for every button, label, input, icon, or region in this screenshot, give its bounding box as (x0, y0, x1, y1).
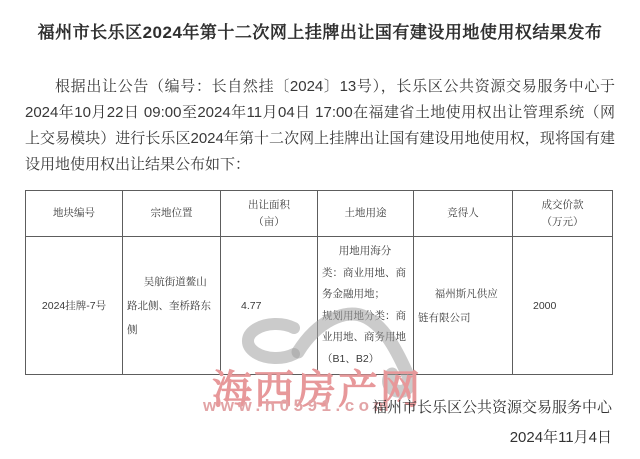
col-header-price: 成交价款 （万元） (513, 191, 613, 237)
signature-org: 福州市长乐区公共资源交易服务中心 (372, 396, 612, 417)
col-header-winner: 竞得人 (414, 191, 513, 237)
cell-price: 2000 (513, 237, 613, 375)
results-table: 地块编号 宗地位置 出让面积 （亩） 土地用途 竞得人 成交价款 （万元） 20… (25, 190, 613, 375)
col-header-location: 宗地位置 (123, 191, 221, 237)
col-header-price-line1: 成交价款 (513, 197, 612, 214)
cell-block-no: 2024挂牌-7号 (26, 237, 123, 375)
col-header-block-no: 地块编号 (26, 191, 123, 237)
col-header-area-line1: 出让面积 (221, 197, 317, 214)
page-title: 福州市长乐区2024年第十二次网上挂牌出让国有建设用地使用权结果发布 (0, 18, 640, 43)
cell-winner-text: 福州斯凡供应链有限公司 (418, 282, 508, 330)
cell-area: 4.77 (221, 237, 318, 375)
table-row: 2024挂牌-7号 吴航街道鳌山路北侧、奎桥路东侧 4.77 用地用海分类：商业… (26, 237, 613, 375)
col-header-area-line2: （亩） (221, 214, 317, 231)
cell-land-use-line1: 用地用海分类：商业用地、商务金融用地； (322, 241, 409, 306)
publish-date: 2024年11月4日 (510, 426, 612, 447)
cell-location-text: 吴航街道鳌山路北侧、奎桥路东侧 (127, 270, 216, 342)
cell-land-use: 用地用海分类：商业用地、商务金融用地； 规划用地分类：商业用地、商务用地（B1、… (318, 237, 414, 375)
cell-location: 吴航街道鳌山路北侧、奎桥路东侧 (123, 237, 221, 375)
col-header-area: 出让面积 （亩） (221, 191, 318, 237)
cell-winner: 福州斯凡供应链有限公司 (414, 237, 513, 375)
cell-land-use-line2: 规划用地分类：商业用地、商务用地（B1、B2） (322, 306, 409, 371)
col-header-land-use: 土地用途 (318, 191, 414, 237)
announcement-paragraph: 根据出让公告（编号：长自然挂〔2024〕13号），长乐区公共资源交易服务中心于2… (25, 74, 615, 178)
col-header-price-line2: （万元） (513, 214, 612, 231)
watermark-site-url: www.h0591.com (203, 396, 393, 416)
table-header-row: 地块编号 宗地位置 出让面积 （亩） 土地用途 竞得人 成交价款 （万元） (26, 191, 613, 237)
